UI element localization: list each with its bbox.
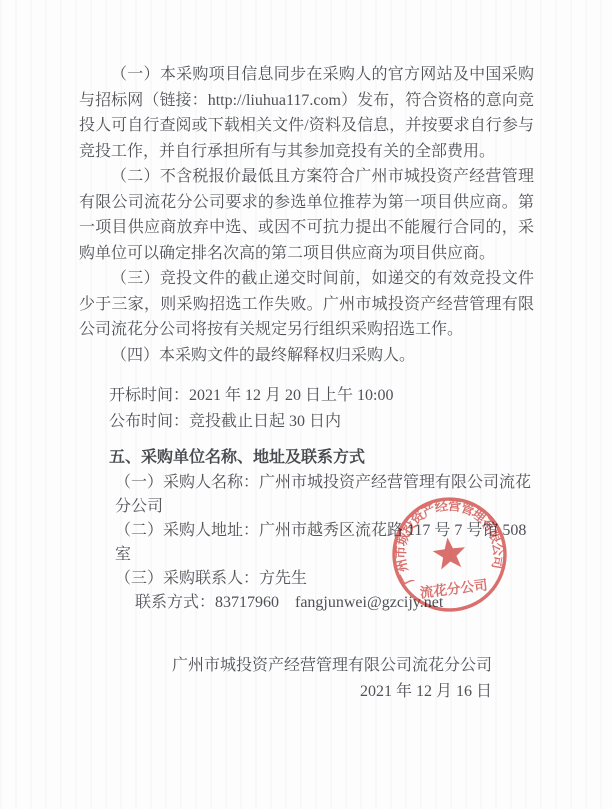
seal-bottom-text: 流花分公司 [419,576,489,600]
signature-company: 广州市城投资产经营管理有限公司流花分公司 [79,653,492,679]
bid-opening-time: 开标时间：2021 年 12 月 20 日上午 10:00 [79,383,534,409]
paragraph-3: （三）竞投文件的截止递交时间前，如递交的有效竞投文件少于三家，则采购招选工作失败… [79,266,534,343]
signature-block: 广州市城投资产经营管理有限公司流花分公司 2021 年 12 月 16 日 [79,653,534,705]
paragraph-4: （四）本采购文件的最终解释权归采购人。 [79,343,534,369]
signature-date: 2021 年 12 月 16 日 [79,679,492,705]
announcement-time: 公布时间：竞投截止日起 30 日内 [79,409,534,435]
document-page: （一）本采购项目信息同步在采购人的官方网站及中国采购与招标网（链接：http:/… [0,0,612,809]
seal-star-icon [431,535,467,570]
section5-heading: 五、采购单位名称、地址及联系方式 [79,445,534,471]
paragraph-2: （二）不含税报价最低且方案符合广州市城投资产经营管理有限公司流花分公司要求的参选… [79,164,534,266]
paragraph-1: （一）本采购项目信息同步在采购人的官方网站及中国采购与招标网（链接：http:/… [79,62,534,164]
company-seal: 广州市城投资产经营管理有限公司 流花分公司 [382,486,517,623]
